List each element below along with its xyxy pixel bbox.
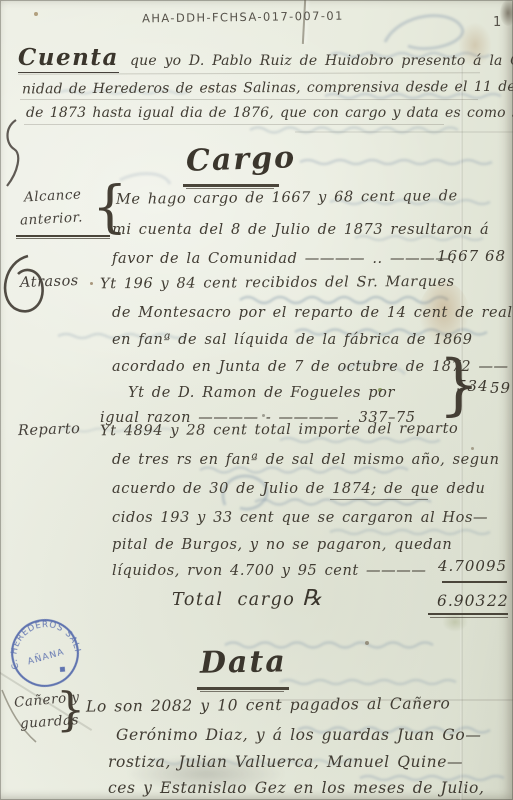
total-amount-reales: 6.903 [437, 592, 486, 610]
freckle [90, 282, 93, 285]
intro-line-2: nidad de Herederos de estas Salinas, com… [22, 79, 513, 98]
horizontal-crease [295, 131, 513, 133]
entry-margin-label: Reparto [18, 421, 81, 439]
entry-amount-reales: 1667 [437, 247, 479, 265]
intro-lead-word: Cuenta [18, 44, 119, 73]
freckle [34, 12, 38, 16]
entry-line: Yt 4894 y 28 cent total importe del repa… [100, 421, 458, 440]
intro-line-3: de 1873 hasta igual dia de 1876, que con… [26, 105, 513, 121]
intro-line-1-rest: que yo D. Pablo Ruiz de Huidobro present… [130, 53, 513, 69]
guideline [24, 124, 444, 125]
entry-line: mi cuenta del 8 de Julio de 1873 resulta… [112, 222, 489, 238]
page-number: 1 [493, 15, 501, 30]
entry-line: pital de Burgos, y no se pagaron, quedan [112, 537, 452, 553]
ink-flourish [0, 118, 26, 192]
entry-line: favor de la Comunidad ———— .. ————. [112, 251, 456, 267]
data-heading-underline [197, 687, 289, 690]
freckle [471, 447, 474, 450]
entry-line: líquidos, rvon 4.700 y 95 cent ———— [112, 563, 426, 579]
reales-symbol: ℞ [302, 586, 322, 611]
entry-line: acuerdo de 30 de Julio de 1874; de que d… [112, 481, 485, 497]
entry-amount-centimos: 95 [486, 557, 507, 575]
entry-line: rostiza, Julian Valluerca, Manuel Quine— [108, 753, 463, 771]
total-amount-centimos: 22 [487, 592, 509, 610]
entry-line: ces y Estanislao Gez en los meses de Jul… [108, 779, 484, 797]
entry-line: Yt de D. Ramon de Fogueles por [128, 385, 395, 401]
entry-amount-centimos: 59 [490, 379, 511, 397]
vertical-crease [460, 60, 463, 800]
archival-reference: AHA-DDH-FCHSA-017-007-01 [142, 9, 344, 26]
total-cargo-label: Total cargo [172, 590, 295, 610]
entry-amount-reales: 4.700 [438, 557, 486, 575]
total-double-underline [428, 613, 508, 615]
guideline [18, 72, 480, 75]
freckle [365, 641, 369, 645]
total-rule-above [442, 581, 507, 583]
data-heading: Data [200, 644, 287, 681]
stain [442, 612, 468, 632]
entry-line: de tres rs en fanª de sal del mismo año,… [112, 452, 500, 468]
closing-brace: } [56, 686, 85, 732]
guideline [20, 99, 478, 100]
entry-margin-label: Atrasos [20, 273, 79, 291]
cargo-heading-underline-2 [186, 188, 274, 189]
intro-line-1: Cuenta que yo D. Pablo Ruiz de Huidobro … [18, 44, 513, 71]
total-double-underline-2 [430, 617, 508, 618]
entry-line: en fanª de sal líquida de la fábrica de … [112, 332, 473, 348]
cargo-heading-underline [183, 184, 279, 187]
phrase-underline [330, 499, 428, 500]
entry-margin-label: Alcance [24, 187, 82, 206]
stain [500, 0, 513, 26]
data-heading-underline-2 [200, 691, 284, 692]
entry-line: Gerónimo Diaz, y á los guardas Juan Go— [116, 726, 481, 744]
stamp-center-text: AÑANA [26, 646, 66, 667]
entry-line: cidos 193 y 33 cent que se cargaron al H… [112, 510, 488, 526]
entry-margin-label: anterior. [20, 209, 84, 228]
manuscript-page: AHA-DDH-FCHSA-017-007-01 1 Cuenta que yo… [0, 0, 513, 800]
entry-line: de Montesacro por el reparto de 14 cent … [112, 305, 513, 321]
entry-line: Me hago cargo de 1667 y 68 cent que de [116, 188, 458, 208]
entry-line: Yt 196 y 84 cent recibidos del Sr. Marqu… [100, 274, 455, 292]
entry-amount-reales: 534 [457, 377, 489, 395]
cargo-heading: Cargo [185, 140, 296, 179]
entry-line: Lo son 2082 y 10 cent pagados al Cañero [86, 694, 451, 715]
entry-amount-centimos: 68 [485, 247, 506, 265]
